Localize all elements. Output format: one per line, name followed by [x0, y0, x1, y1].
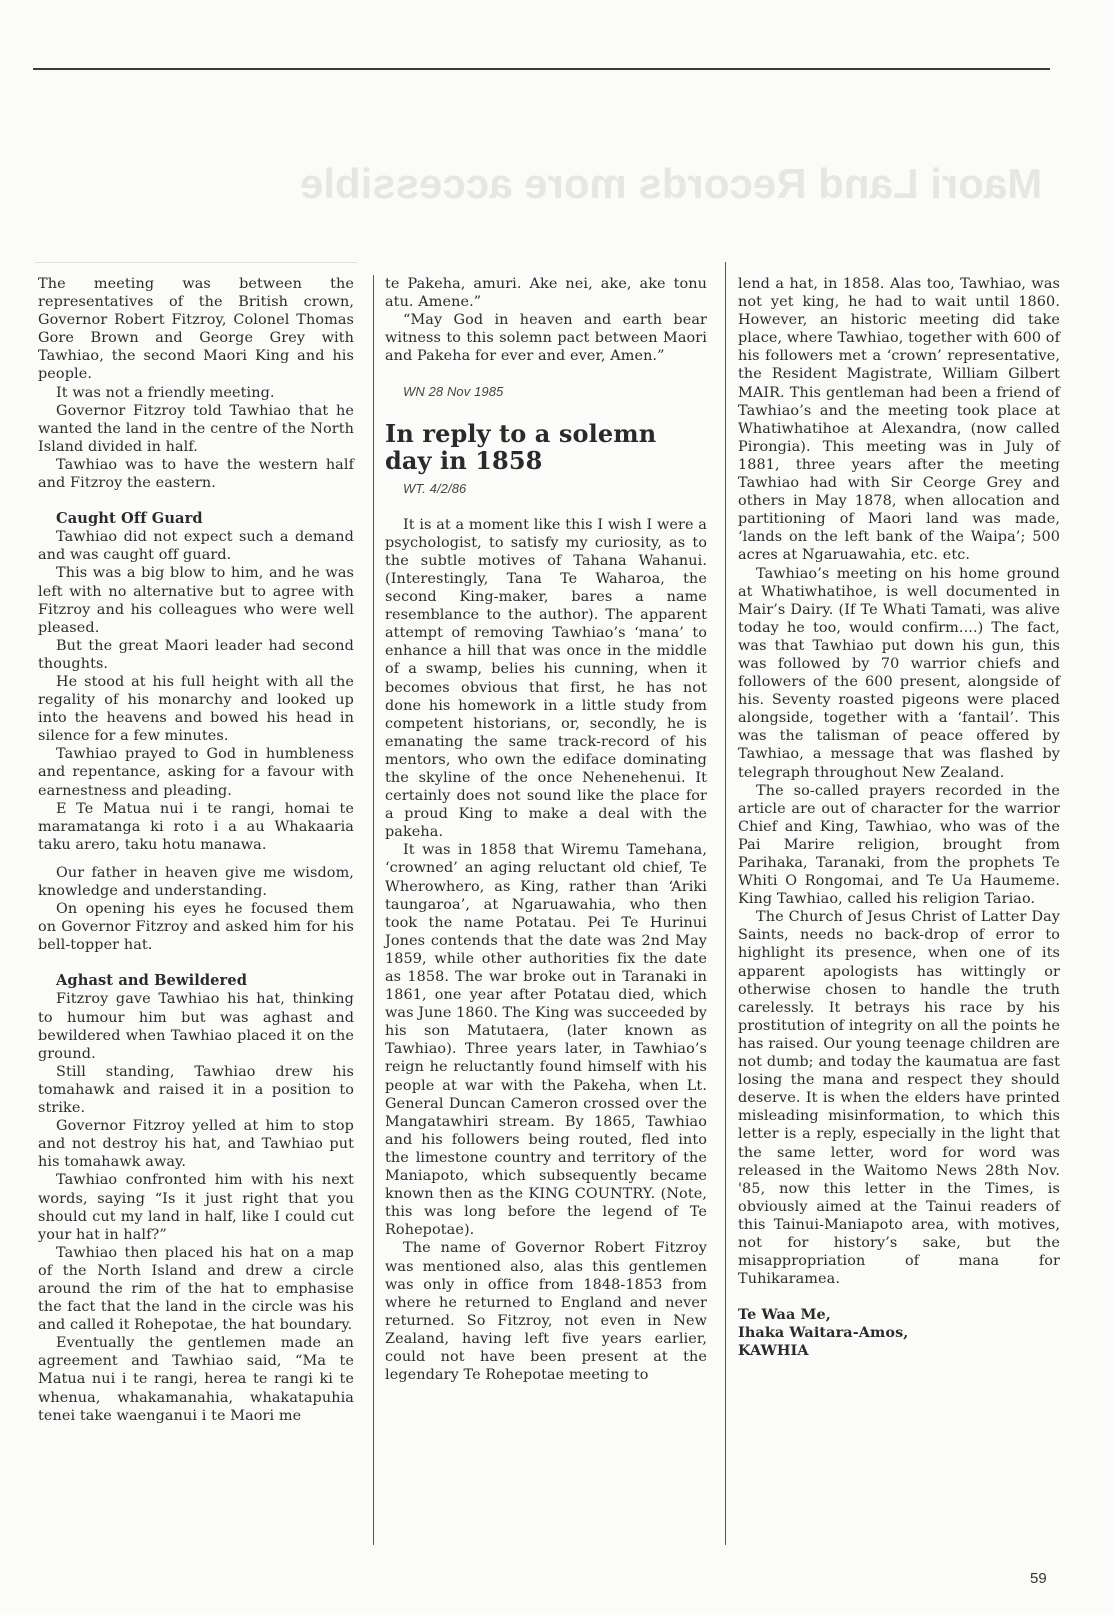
paragraph: Eventually the gentlemen made an agreeme…: [38, 1334, 354, 1424]
paragraph: This was a big blow to him, and he was l…: [38, 564, 354, 636]
signature-line: Te Waa Me,: [738, 1306, 1060, 1324]
paragraph: te Pakeha, amuri. Ake nei, ake, ake tonu…: [385, 275, 707, 311]
page-number: 59: [1030, 1570, 1047, 1587]
column-3: lend a hat, in 1858. Alas too, Tawhiao, …: [738, 275, 1060, 1361]
paragraph: He stood at his full height with all the…: [38, 673, 354, 745]
paragraph: Still standing, Tawhiao drew his tomahaw…: [38, 1063, 354, 1117]
column-divider: [725, 262, 726, 1545]
top-rule: [33, 68, 1050, 70]
paragraph: Fitzroy gave Tawhiao his hat, thinking t…: [38, 990, 354, 1062]
bleed-through-title: Maori Land Records more accessible: [300, 160, 1050, 208]
paragraph: It was in 1858 that Wiremu Tamehana, ‘cr…: [385, 841, 707, 1239]
paragraph: The name of Governor Robert Fitzroy was …: [385, 1239, 707, 1384]
source-citation: WT. 4/2/86: [385, 480, 707, 498]
paragraph: lend a hat, in 1858. Alas too, Tawhiao, …: [738, 275, 1060, 565]
paragraph: The Church of Jesus Christ of Latter Day…: [738, 908, 1060, 1288]
paragraph: On opening his eyes he focused them on G…: [38, 900, 354, 954]
paragraph: It is at a moment like this I wish I wer…: [385, 516, 707, 842]
paragraph: Tawhiao confronted him with his next wor…: [38, 1171, 354, 1243]
signature-line: Ihaka Waitara-Amos,: [738, 1324, 1060, 1342]
paragraph: But the great Maori leader had second th…: [38, 637, 354, 673]
paragraph: Our father in heaven give me wisdom, kno…: [38, 864, 354, 900]
paragraph: “May God in heaven and earth bear witnes…: [385, 311, 707, 365]
paragraph: Governor Fitzroy told Tawhiao that he wa…: [38, 402, 354, 456]
paragraph: The meeting was between the representati…: [38, 275, 354, 384]
signature-line: KAWHIA: [738, 1342, 1060, 1360]
subheading-caught-off-guard: Caught Off Guard: [38, 510, 354, 528]
column-divider: [373, 275, 374, 1545]
paragraph: Tawhiao then placed his hat on a map of …: [38, 1244, 354, 1334]
subheading-aghast-and-bewildered: Aghast and Bewildered: [38, 972, 354, 990]
column-2: te Pakeha, amuri. Ake nei, ake, ake tonu…: [385, 275, 707, 1384]
column-1: The meeting was between the representati…: [38, 275, 354, 1425]
paragraph: Tawhiao’s meeting on his home ground at …: [738, 565, 1060, 782]
paragraph: Governor Fitzroy yelled at him to stop a…: [38, 1117, 354, 1171]
article-headline: In reply to a solemn day in 1858: [385, 420, 707, 474]
box-border: [35, 262, 357, 263]
paragraph: It was not a friendly meeting.: [38, 384, 354, 402]
paragraph: Tawhiao did not expect such a demand and…: [38, 528, 354, 564]
maori-prayer: E Te Matua nui i te rangi, homai te mara…: [38, 800, 354, 854]
paragraph: Tawhiao prayed to God in humbleness and …: [38, 745, 354, 799]
paragraph: Tawhiao was to have the western half and…: [38, 456, 354, 492]
source-citation: WN 28 Nov 1985: [385, 383, 707, 401]
paragraph: The so-called prayers recorded in the ar…: [738, 782, 1060, 909]
